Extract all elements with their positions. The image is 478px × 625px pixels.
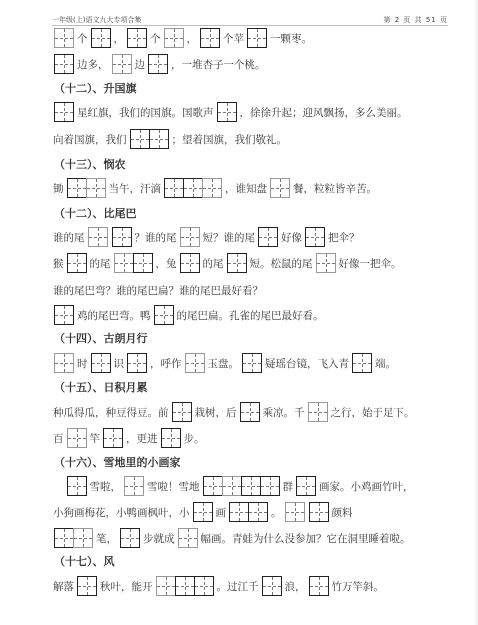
line-text: 的尾 <box>90 256 111 271</box>
line-text: 谁的尾巴弯？谁的尾巴扁？谁的尾巴最好看？ <box>53 283 263 298</box>
tianzige-cell[interactable] <box>258 227 278 247</box>
tianzige-blank[interactable] <box>240 402 260 422</box>
tianzige-blank[interactable] <box>88 227 108 247</box>
tianzige-cell[interactable] <box>77 576 97 596</box>
line-text <box>53 479 64 494</box>
text-line: 时识，呼作玉盘。疑瑶台镜，飞入青端。 <box>52 351 397 375</box>
page-header: 一年级(上)语文九大专项合集 第 2 页 共 51 页 <box>52 16 448 26</box>
line-text: 群 <box>283 479 294 494</box>
section-heading: （十二）、升国旗 <box>54 80 137 96</box>
line-text: 浪， <box>285 579 306 594</box>
tianzige-blank[interactable] <box>127 28 147 48</box>
line-text: ；望着国旗，我们敬礼。 <box>172 132 288 147</box>
line-text: 鸡的尾巴弯。鸭 <box>77 308 151 323</box>
tianzige-cell[interactable] <box>308 402 328 422</box>
tianzige-blank[interactable] <box>258 227 278 247</box>
tianzige-cell[interactable] <box>172 402 192 422</box>
tianzige-blank[interactable] <box>130 129 169 149</box>
line-text: 之行，始于足下。 <box>331 405 415 420</box>
line-text: 。 <box>271 505 282 520</box>
section-heading: （十三）、悯农 <box>54 156 126 172</box>
line-text: 猴 <box>53 256 64 271</box>
line-text: 边多， <box>77 57 109 72</box>
tianzige-cell[interactable] <box>156 576 176 596</box>
tianzige-cell[interactable] <box>91 28 111 48</box>
line-text: 竿 <box>90 431 101 446</box>
tianzige-cell[interactable] <box>193 502 213 522</box>
line-text: ， <box>187 31 198 46</box>
tianzige-cell[interactable] <box>203 476 223 496</box>
tianzige-cell[interactable] <box>127 28 147 48</box>
tianzige-blank[interactable] <box>217 102 237 122</box>
line-text: 锄 <box>53 181 64 196</box>
tianzige-cell[interactable] <box>164 28 184 48</box>
tianzige-cell[interactable] <box>240 402 260 422</box>
line-text: 栽树，后 <box>195 405 237 420</box>
tianzige-blank[interactable] <box>352 353 372 373</box>
tianzige-cell[interactable] <box>247 28 267 48</box>
tianzige-cell[interactable] <box>352 353 372 373</box>
tianzige-cell[interactable] <box>67 476 87 496</box>
line-text: 星红旗，我们的国旗。国歌声 <box>77 105 214 120</box>
tianzige-blank[interactable] <box>185 353 205 373</box>
tianzige-cell[interactable] <box>242 353 262 373</box>
tianzige-cell[interactable] <box>285 502 305 522</box>
line-text: 个 <box>150 31 161 46</box>
tianzige-blank[interactable] <box>154 305 174 325</box>
tianzige-cell[interactable] <box>114 253 134 273</box>
text-line: 百竿，更进步。 <box>52 426 206 450</box>
tianzige-cell[interactable] <box>149 129 169 149</box>
tianzige-cell[interactable] <box>309 502 329 522</box>
line-text: 秋叶，能开 <box>100 579 153 594</box>
line-text: 识 <box>114 356 125 371</box>
tianzige-blank[interactable] <box>67 253 87 273</box>
line-text: 一颗枣。 <box>270 31 312 46</box>
tianzige-blank[interactable] <box>91 353 111 373</box>
line-text: 疑瑶台镜，飞入青 <box>265 356 349 371</box>
tianzige-blank[interactable] <box>67 428 87 448</box>
tianzige-cell[interactable] <box>67 253 87 273</box>
text-line: 猴的尾，兔的尾短。松鼠的尾好像一把伞。 <box>52 251 403 275</box>
tianzige-cell[interactable] <box>88 227 108 247</box>
line-text: 边 <box>135 57 146 72</box>
tianzige-cell[interactable] <box>227 253 247 273</box>
line-text: 画 <box>216 505 227 520</box>
tianzige-cell[interactable] <box>54 54 74 74</box>
section-heading: （十六）、雪地里的小画家 <box>54 454 181 470</box>
line-text: 谁的尾 <box>53 230 85 245</box>
text-line: 鸡的尾巴弯。鸭的尾巴扁。孔雀的尾巴最好看。 <box>52 303 325 327</box>
tianzige-blank[interactable] <box>296 476 316 496</box>
tianzige-cell[interactable] <box>248 502 268 522</box>
tianzige-blank[interactable] <box>67 178 106 198</box>
tianzige-cell[interactable] <box>180 253 200 273</box>
tianzige-cell[interactable] <box>124 476 144 496</box>
line-text: ，一堆杏子一个桃。 <box>171 57 266 72</box>
tianzige-blank[interactable] <box>229 502 268 522</box>
tianzige-blank[interactable] <box>178 528 198 548</box>
tianzige-cell[interactable] <box>222 476 242 496</box>
text-line: 星红旗，我们的国旗。国歌声，徐徐升起；迎风飘扬，多么美丽。 <box>52 100 409 124</box>
line-text: 端。 <box>375 356 396 371</box>
tianzige-cell[interactable] <box>67 428 87 448</box>
tianzige-cell[interactable] <box>103 428 123 448</box>
line-text: 小狗画梅花，小鸭画枫叶，小 <box>53 505 190 520</box>
tianzige-blank[interactable] <box>112 54 132 74</box>
tianzige-cell[interactable] <box>217 102 237 122</box>
tianzige-cell[interactable] <box>73 528 93 548</box>
line-text: 步就成 <box>143 531 175 546</box>
tianzige-cell[interactable] <box>86 178 106 198</box>
section-heading: （十七）、风 <box>54 553 115 569</box>
tianzige-blank[interactable] <box>180 253 200 273</box>
text-line: 锄当午，汗滴，谁知盘餐，粒粒皆辛苦。 <box>52 176 378 200</box>
text-line: 个，个，个苹一颗枣。 <box>52 26 313 50</box>
text-line: 向着国旗，我们；望着国旗，我们敬礼。 <box>52 127 288 151</box>
line-text: 幅画。青蛙为什么没参加？它在洞里睡着啦。 <box>201 531 411 546</box>
tianzige-cell[interactable] <box>309 576 329 596</box>
tianzige-blank[interactable] <box>124 476 144 496</box>
tianzige-cell[interactable] <box>120 528 140 548</box>
line-text: ，谁知盘 <box>225 181 267 196</box>
tianzige-blank[interactable] <box>164 28 184 48</box>
line-text: 百 <box>53 431 64 446</box>
line-text: 雪啦， <box>90 479 122 494</box>
tianzige-cell[interactable] <box>112 54 132 74</box>
tianzige-cell[interactable] <box>54 102 74 122</box>
header-title: 一年级(上)语文九大专项合集 <box>52 16 141 24</box>
tianzige-cell[interactable] <box>305 227 325 247</box>
line-text: 颜料 <box>332 505 353 520</box>
tianzige-blank[interactable] <box>309 502 329 522</box>
tianzige-cell[interactable] <box>133 253 153 273</box>
tianzige-blank[interactable] <box>316 253 336 273</box>
tianzige-cell[interactable] <box>154 305 174 325</box>
text-line: 谁的尾？谁的尾短？谁的尾好像把伞？ <box>52 225 361 249</box>
line-text: 向着国旗，我们 <box>53 132 127 147</box>
tianzige-blank[interactable] <box>67 476 87 496</box>
tianzige-cell[interactable] <box>127 353 147 373</box>
tianzige-blank[interactable] <box>270 178 290 198</box>
tianzige-blank[interactable] <box>164 178 222 198</box>
tianzige-blank[interactable] <box>54 102 74 122</box>
tianzige-cell[interactable] <box>175 576 195 596</box>
tianzige-cell[interactable] <box>54 528 74 548</box>
tianzige-cell[interactable] <box>296 476 316 496</box>
text-line: 雪啦，雪啦！雪地群画家。小鸡画竹叶， <box>52 474 415 498</box>
tianzige-cell[interactable] <box>67 178 87 198</box>
tianzige-cell[interactable] <box>260 476 280 496</box>
tianzige-blank[interactable] <box>227 253 247 273</box>
tianzige-blank[interactable] <box>172 402 192 422</box>
line-text: 把伞？ <box>328 230 360 245</box>
line-text: 画家。小鸡画竹叶， <box>319 479 414 494</box>
section-heading: （十二）、比尾巴 <box>54 205 137 221</box>
tianzige-blank[interactable] <box>308 402 328 422</box>
tianzige-blank[interactable] <box>54 528 93 548</box>
tianzige-cell[interactable] <box>183 178 203 198</box>
tianzige-blank[interactable] <box>91 28 111 48</box>
tianzige-cell[interactable] <box>54 353 74 373</box>
tianzige-blank[interactable] <box>54 28 74 48</box>
line-text: ，更进 <box>126 431 158 446</box>
tianzige-blank[interactable] <box>242 353 262 373</box>
tianzige-cell[interactable] <box>241 476 261 496</box>
tianzige-blank[interactable] <box>285 502 305 522</box>
tianzige-cell[interactable] <box>54 305 74 325</box>
tianzige-blank[interactable] <box>114 253 153 273</box>
tianzige-blank[interactable] <box>120 528 140 548</box>
line-text: 竹万竿斜。 <box>332 579 385 594</box>
line-text: 时 <box>77 356 88 371</box>
line-text: 乘凉。千 <box>263 405 305 420</box>
tianzige-cell[interactable] <box>91 353 111 373</box>
tianzige-cell[interactable] <box>262 576 282 596</box>
tianzige-blank[interactable] <box>193 502 213 522</box>
text-line: 种瓜得瓜，种豆得豆。前栽树，后乘凉。千之行，始于足下。 <box>52 400 416 424</box>
line-text: 短。松鼠的尾 <box>250 256 313 271</box>
text-line: 小狗画梅花，小鸭画枫叶，小画。颜料 <box>52 500 354 524</box>
line-text: 个苹 <box>223 31 244 46</box>
tianzige-blank[interactable] <box>54 54 74 74</box>
page-number: 第 2 页 共 51 页 <box>384 16 449 24</box>
line-text: 解落 <box>53 579 74 594</box>
tianzige-cell[interactable] <box>161 428 181 448</box>
tianzige-blank[interactable] <box>203 476 280 496</box>
line-text: 个 <box>77 31 88 46</box>
tianzige-blank[interactable] <box>200 28 220 48</box>
line-text: ，呼作 <box>150 356 182 371</box>
line-text: 的尾 <box>203 256 224 271</box>
tianzige-cell[interactable] <box>178 528 198 548</box>
line-text: 步。 <box>184 431 205 446</box>
tianzige-cell[interactable] <box>185 353 205 373</box>
tianzige-cell[interactable] <box>202 178 222 198</box>
tianzige-blank[interactable] <box>161 428 181 448</box>
line-text: ？谁的尾 <box>135 230 177 245</box>
line-text: 餐，粒粒皆辛苦。 <box>293 181 377 196</box>
line-text: ， <box>114 31 125 46</box>
text-line: 边多，边，一堆杏子一个桃。 <box>52 52 267 76</box>
tianzige-cell[interactable] <box>180 227 200 247</box>
text-line: 谁的尾巴弯？谁的尾巴扁？谁的尾巴最好看？ <box>52 278 264 302</box>
tianzige-blank[interactable] <box>54 353 74 373</box>
line-text: 好像 <box>281 230 302 245</box>
tianzige-blank[interactable] <box>156 576 214 596</box>
section-heading: （十四）、古朗月行 <box>54 330 148 346</box>
tianzige-cell[interactable] <box>112 227 132 247</box>
tianzige-blank[interactable] <box>305 227 325 247</box>
tianzige-cell[interactable] <box>130 129 150 149</box>
tianzige-cell[interactable] <box>316 253 336 273</box>
text-line: 笔，步就成幅画。青蛙为什么没参加？它在洞里睡着啦。 <box>52 526 412 550</box>
text-line: 解落秋叶，能开。过江千浪，竹万竿斜。 <box>52 574 385 598</box>
tianzige-cell[interactable] <box>194 576 214 596</box>
line-text: 雪啦！雪地 <box>147 479 200 494</box>
tianzige-cell[interactable] <box>164 178 184 198</box>
document-page: 一年级(上)语文九大专项合集 第 2 页 共 51 页 （十二）、升国旗（十三）… <box>0 0 478 625</box>
tianzige-blank[interactable] <box>54 305 74 325</box>
tianzige-blank[interactable] <box>112 227 132 247</box>
tianzige-blank[interactable] <box>247 28 267 48</box>
tianzige-blank[interactable] <box>262 576 282 596</box>
tianzige-blank[interactable] <box>127 353 147 373</box>
tianzige-cell[interactable] <box>148 54 168 74</box>
section-heading: （十五）、日积月累 <box>54 379 148 395</box>
line-text: 的尾巴扁。孔雀的尾巴最好看。 <box>177 308 324 323</box>
tianzige-cell[interactable] <box>200 28 220 48</box>
tianzige-blank[interactable] <box>77 576 97 596</box>
line-text: 笔， <box>96 531 117 546</box>
line-text: 玉盘。 <box>208 356 240 371</box>
line-text: 好像一把伞。 <box>339 256 402 271</box>
tianzige-blank[interactable] <box>103 428 123 448</box>
line-text: 当午，汗滴 <box>109 181 162 196</box>
line-text: ，兔 <box>156 256 177 271</box>
tianzige-blank[interactable] <box>309 576 329 596</box>
line-text: 短？谁的尾 <box>203 230 256 245</box>
tianzige-blank[interactable] <box>180 227 200 247</box>
tianzige-cell[interactable] <box>54 28 74 48</box>
line-text: 种瓜得瓜，种豆得豆。前 <box>53 405 169 420</box>
tianzige-cell[interactable] <box>270 178 290 198</box>
line-text: 。过江千 <box>217 579 259 594</box>
tianzige-blank[interactable] <box>148 54 168 74</box>
tianzige-cell[interactable] <box>229 502 249 522</box>
line-text: ，徐徐升起；迎风飘扬，多么美丽。 <box>240 105 408 120</box>
